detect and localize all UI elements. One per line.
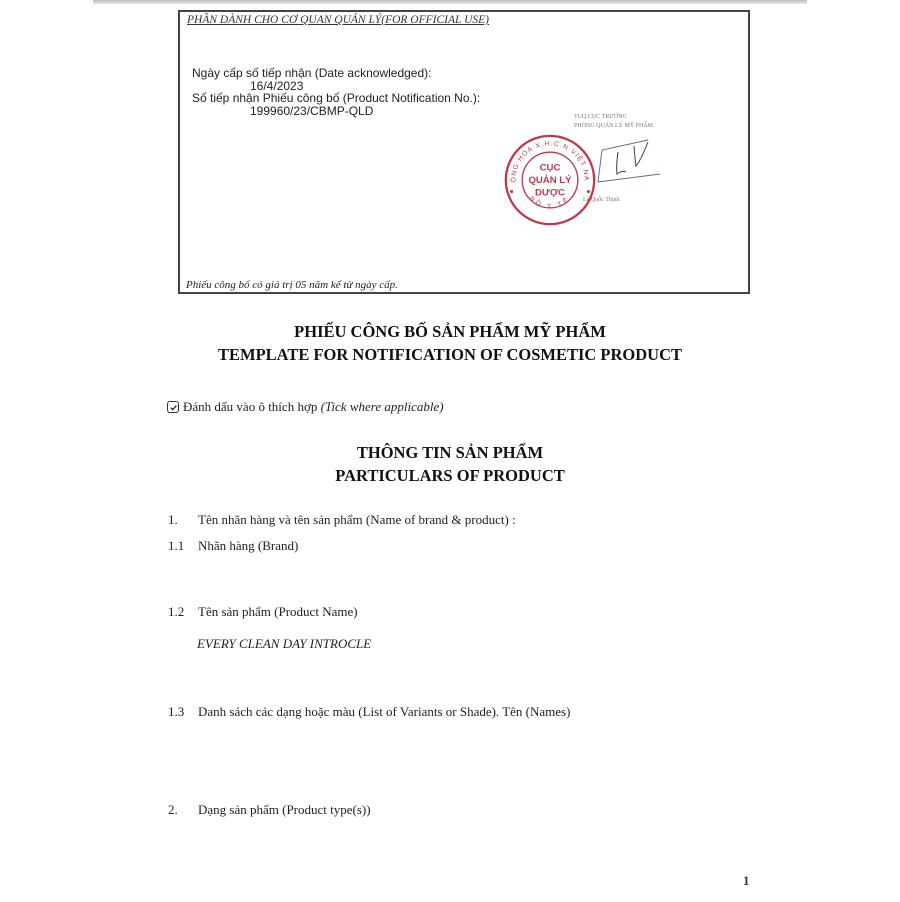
acknowledgement-block: Ngày cấp số tiếp nhận (Date acknowledged… (192, 67, 480, 117)
signature-icon (590, 132, 670, 192)
item-label: Tên nhãn hàng và tên sản phẩm (Name of b… (198, 512, 516, 527)
top-scroll-edge (93, 0, 807, 4)
tick-instruction-text-en: (Tick where applicable) (321, 399, 444, 415)
validity-note: Phiếu công bố có giá trị 05 năm kể từ ng… (186, 279, 398, 291)
product-name-value: EVERY CLEAN DAY INTROCLE (197, 636, 371, 652)
item-label: Danh sách các dạng hoặc màu (List of Var… (198, 704, 570, 719)
item-number: 1.2 (168, 604, 198, 620)
item-1-3-variants: 1.3Danh sách các dạng hoặc màu (List of … (168, 704, 570, 720)
page-number: 1 (743, 873, 750, 889)
tick-instruction: Đánh dấu vào ô thích hợp (Tick where app… (167, 399, 444, 415)
item-1-brand-and-product: 1.Tên nhãn hàng và tên sản phẩm (Name of… (168, 512, 516, 528)
item-number: 1.3 (168, 704, 198, 720)
item-2-product-type: 2.Dạng sản phẩm (Product type(s)) (168, 802, 371, 818)
item-number: 2. (168, 802, 198, 818)
item-1-2-product-name: 1.2Tên sản phẩm (Product Name) (168, 604, 358, 620)
notification-number-value: 199960/23/CBMP-QLD (192, 105, 480, 118)
department-caption: TUQ.CỤC TRƯỞNG PHÒNG QUẢN LÝ MỸ PHẨM (574, 113, 653, 131)
notification-number-label: Số tiếp nhận Phiếu công bố (Product Noti… (192, 92, 480, 105)
svg-text:DƯỢC: DƯỢC (535, 187, 565, 198)
checked-checkbox-icon (167, 401, 179, 413)
official-use-header: PHẦN DÀNH CHO CƠ QUAN QUẢN LÝ(FOR OFFICI… (187, 14, 489, 26)
item-label: Nhãn hàng (Brand) (198, 538, 298, 553)
item-1-1-brand: 1.1Nhãn hàng (Brand) (168, 538, 298, 554)
item-number: 1.1 (168, 538, 198, 554)
item-label: Tên sản phẩm (Product Name) (198, 604, 358, 619)
date-acknowledged-label: Ngày cấp số tiếp nhận (Date acknowledged… (192, 67, 480, 80)
tick-instruction-text: Đánh dấu vào ô thích hợp (183, 399, 317, 415)
item-number: 1. (168, 512, 198, 528)
svg-text:QUẢN LÝ: QUẢN LÝ (528, 174, 572, 186)
section-title: THÔNG TIN SẢN PHẨM PARTICULARS OF PRODUC… (0, 441, 900, 487)
department-line: TUQ.CỤC TRƯỞNG (574, 113, 653, 122)
document-title-vi: PHIẾU CÔNG BỐ SẢN PHẨM MỸ PHẨM (0, 320, 900, 343)
item-label: Dạng sản phẩm (Product type(s)) (198, 802, 371, 817)
official-stamp-icon: CỘNG HÒA X.H.C.N VIỆT NAM BỘ Y TẾ CỤC QU… (502, 132, 598, 228)
document-title: PHIẾU CÔNG BỐ SẢN PHẨM MỸ PHẨM TEMPLATE … (0, 320, 900, 366)
department-line: PHÒNG QUẢN LÝ MỸ PHẨM (574, 122, 653, 131)
svg-text:CỤC: CỤC (540, 162, 561, 173)
official-use-box: PHẦN DÀNH CHO CƠ QUAN QUẢN LÝ(FOR OFFICI… (178, 10, 750, 294)
document-title-en: TEMPLATE FOR NOTIFICATION OF COSMETIC PR… (0, 343, 900, 366)
section-title-en: PARTICULARS OF PRODUCT (0, 464, 900, 487)
section-title-vi: THÔNG TIN SẢN PHẨM (0, 441, 900, 464)
